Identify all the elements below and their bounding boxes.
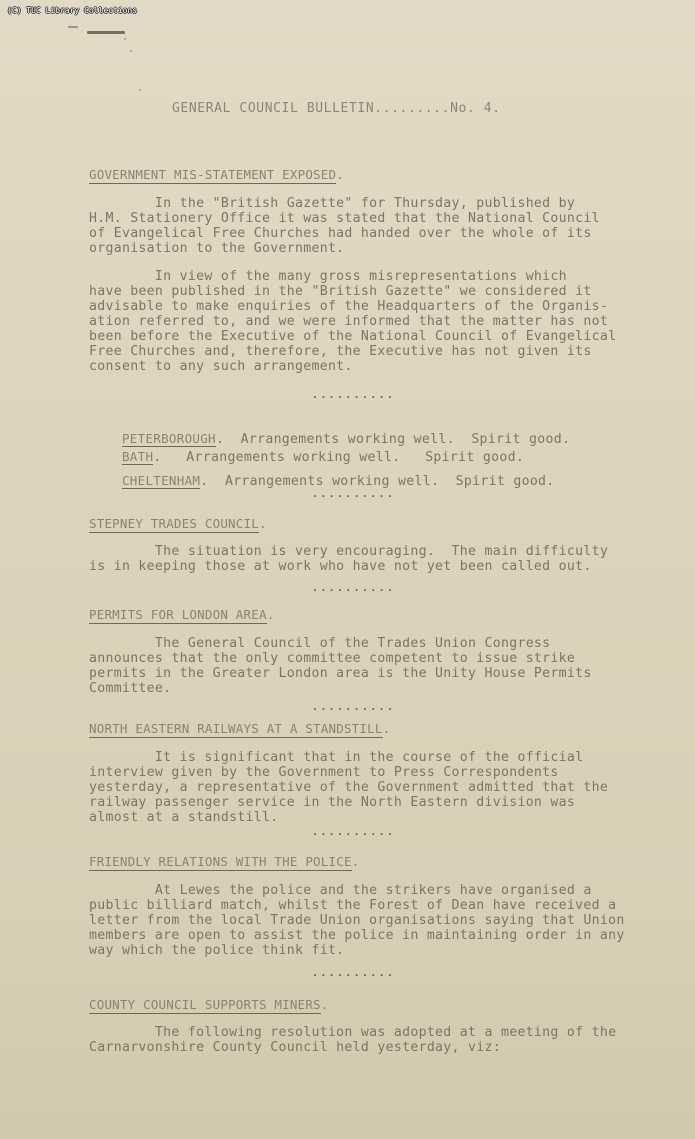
paragraph-british-gazette: In the "British Gazette" for Thursday, p… bbox=[89, 196, 679, 256]
separator-dots: .......... bbox=[312, 390, 395, 401]
ink-stain bbox=[87, 31, 125, 34]
paragraph-railways: It is significant that in the course of … bbox=[89, 750, 679, 825]
heading-text: PERMITS FOR LONDON AREA bbox=[89, 607, 267, 624]
heading-text: GOVERNMENT MIS-STATEMENT EXPOSED bbox=[89, 167, 336, 184]
section-heading-railways: NORTH EASTERN RAILWAYS AT A STANDSTILL. bbox=[89, 721, 390, 736]
section-heading-permits: PERMITS FOR LONDON AREA. bbox=[89, 607, 274, 622]
copyright-watermark: (C) TUC Library Collections bbox=[7, 6, 137, 15]
heading-text: NORTH EASTERN RAILWAYS AT A STANDSTILL bbox=[89, 721, 383, 738]
speck bbox=[130, 50, 132, 52]
section-heading-stepney: STEPNEY TRADES COUNCIL. bbox=[89, 516, 267, 531]
place-name: CHELTENHAM bbox=[122, 473, 200, 489]
paragraph-county-council: The following resolution was adopted at … bbox=[89, 1025, 679, 1055]
heading-text: COUNTY COUNCIL SUPPORTS MINERS bbox=[89, 997, 321, 1014]
separator-dots: .......... bbox=[312, 702, 395, 713]
paragraph-police: At Lewes the police and the strikers hav… bbox=[89, 883, 679, 958]
separator-dots: .......... bbox=[312, 489, 395, 500]
paragraph-permits: The General Council of the Trades Union … bbox=[89, 636, 679, 696]
separator-dots: .......... bbox=[312, 968, 395, 979]
separator-dots: .......... bbox=[312, 827, 395, 838]
heading-text: STEPNEY TRADES COUNCIL bbox=[89, 516, 259, 533]
status-text: Arrangements working well. Spirit good. bbox=[225, 474, 555, 489]
section-heading-police: FRIENDLY RELATIONS WITH THE POLICE. bbox=[89, 854, 359, 869]
separator-dots: .......... bbox=[312, 583, 395, 594]
speck bbox=[124, 38, 126, 40]
ink-stain bbox=[68, 26, 78, 28]
paragraph-stepney: The situation is very encouraging. The m… bbox=[89, 544, 679, 574]
section-heading-government-mis-statement: GOVERNMENT MIS-STATEMENT EXPOSED. bbox=[89, 167, 344, 182]
paragraph-misrepresentations: In view of the many gross misrepresentat… bbox=[89, 269, 679, 374]
heading-text: FRIENDLY RELATIONS WITH THE POLICE bbox=[89, 854, 352, 871]
section-heading-county-council: COUNTY COUNCIL SUPPORTS MINERS. bbox=[89, 997, 329, 1012]
bulletin-title: GENERAL COUNCIL BULLETIN.........No. 4. bbox=[172, 101, 501, 116]
document-page: (C) TUC Library Collections GENERAL COUN… bbox=[0, 0, 695, 1139]
speck bbox=[139, 89, 141, 91]
